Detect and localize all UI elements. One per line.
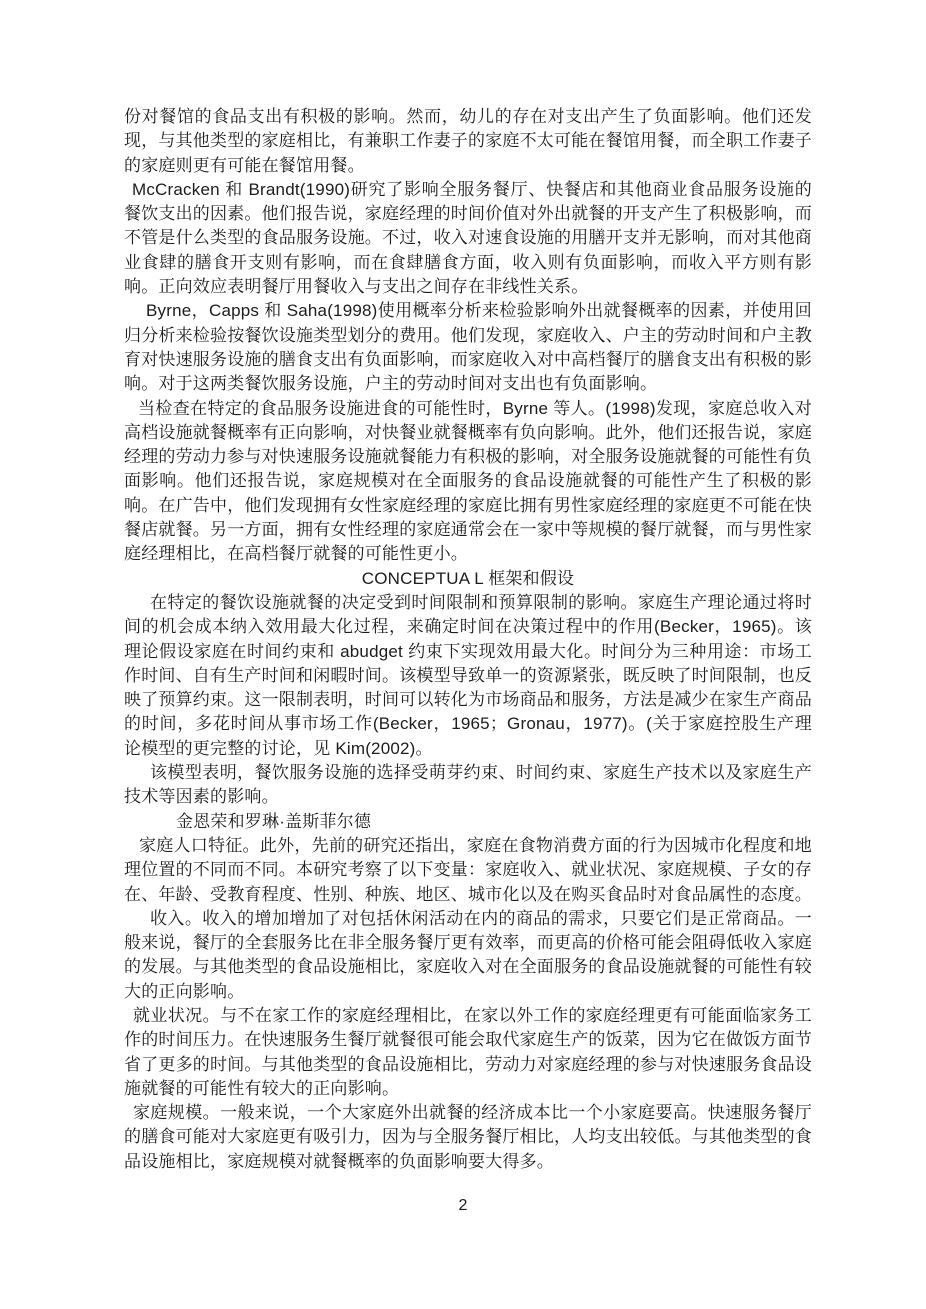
- paragraph-byrne-capps-saha: Byrne，Capps 和 Saha(1998)使用概率分析来检验影响外出就餐概…: [124, 299, 812, 396]
- page-body-text: 份对餐馆的食品支出有积极的影响。然而，幼儿的存在对支出产生了负面影响。他们还发现…: [124, 105, 812, 1174]
- line-author-names: 金恩荣和罗琳·盖斯菲尔德: [124, 810, 812, 834]
- document-page: 份对餐馆的食品支出有积极的影响。然而，幼儿的存在对支出产生了负面影响。他们还发现…: [0, 0, 926, 1309]
- paragraph-model-constraints: 该模型表明，餐饮服务设施的选择受萌芽约束、时间约束、家庭生产技术以及家庭生产技术…: [124, 761, 812, 810]
- paragraph-byrne-1998-findings: 当检查在特定的食品服务设施进食的可能性时，Byrne 等人。(1998)发现，家…: [124, 397, 812, 567]
- paragraph-employment-status: 就业状况。与不在家工作的家庭经理相比，在家以外工作的家庭经理更有可能面临家务工作…: [124, 1004, 812, 1101]
- paragraph-household-production-theory: 在特定的餐饮设施就餐的决定受到时间限制和预算限制的影响。家庭生产理论通过将时间的…: [124, 591, 812, 761]
- paragraph-demographics: 家庭人口特征。此外，先前的研究还指出，家庭在食物消费方面的行为因城市化程度和地理…: [124, 834, 812, 907]
- paragraph-mccracken-brandt: McCracken 和 Brandt(1990)研究了影响全服务餐厅、快餐店和其…: [124, 178, 812, 299]
- paragraph-household-size: 家庭规模。一般来说，一个大家庭外出就餐的经济成本比一个小家庭要高。快速服务餐厅的…: [124, 1101, 812, 1174]
- page-number: 2: [0, 1196, 926, 1216]
- paragraph-continuation: 份对餐馆的食品支出有积极的影响。然而，幼儿的存在对支出产生了负面影响。他们还发现…: [124, 105, 812, 178]
- paragraph-income: 收入。收入的增加增加了对包括休闲活动在内的商品的需求，只要它们是正常商品。一般来…: [124, 907, 812, 1004]
- section-heading-conceptual-framework: CONCEPTUA L 框架和假设: [124, 567, 812, 591]
